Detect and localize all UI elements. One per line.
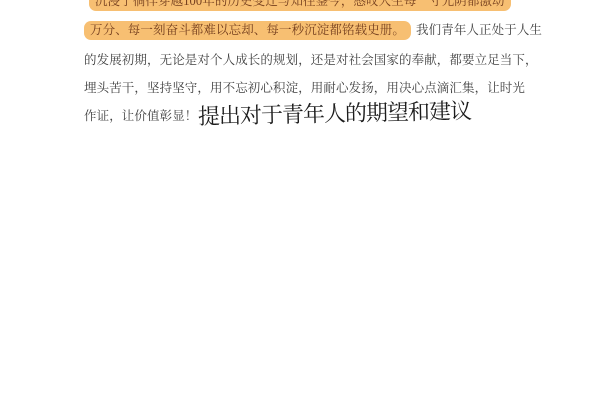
paragraph-line-3: 的发展初期，无论是对个人成长的规划，还是对社会国家的奉献，都要立足当下，: [84, 53, 538, 68]
paragraph-line-1-clipped: 沉浸于徜徉穿越100年的历史变迁与知往鉴今，感叹人生每一寸光阴都激动: [89, 0, 511, 12]
handwritten-annotation: 提出对于青年人的期望和建议: [198, 94, 472, 131]
plain-text-line-2: 我们青年人正处于人生: [411, 23, 542, 37]
paragraph-line-5: 作证，让价值彰显！: [84, 109, 197, 124]
highlighted-text-line-2: 万分、每一刻奋斗都难以忘却、每一秒沉淀都铭载史册。: [84, 21, 411, 40]
highlighted-text-line-1: 沉浸于徜徉穿越100年的历史变迁与知往鉴今，感叹人生每一寸光阴都激动: [89, 0, 511, 9]
document-page: 沉浸于徜徉穿越100年的历史变迁与知往鉴今，感叹人生每一寸光阴都激动 万分、每一…: [0, 0, 600, 400]
paragraph-line-2: 万分、每一刻奋斗都难以忘却、每一秒沉淀都铭载史册。我们青年人正处于人生: [84, 23, 542, 38]
